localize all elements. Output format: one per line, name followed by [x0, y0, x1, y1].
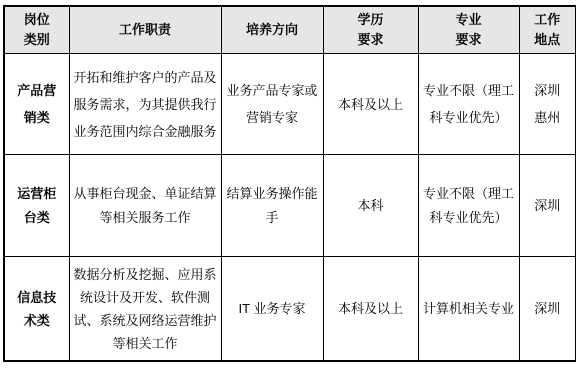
- location-cell: 深圳: [519, 155, 576, 257]
- header-cell-education: 学历 要求: [323, 6, 418, 54]
- direction-cell: IT 业务专家: [221, 257, 323, 362]
- education-cell: 本科及以上: [323, 54, 418, 155]
- direction-cell: 结算业务操作能手: [221, 155, 323, 257]
- major-cell: 专业不限（理工科专业优先）: [418, 54, 519, 155]
- education-cell: 本科: [323, 155, 418, 257]
- table-row-product-marketing: 产品营销类 开拓和维护客户的产品及服务需求，为其提供我行业务范围内综合金融服务 …: [4, 54, 576, 155]
- header-cell-duty: 工作职责: [69, 6, 221, 54]
- major-cell: 专业不限（理工科专业优先）: [418, 155, 519, 257]
- education-cell: 本科及以上: [323, 257, 418, 362]
- duty-cell: 数据分析及挖掘、应用系统设计及开发、软件测试、系统及网络运营维护等相关工作: [69, 257, 221, 362]
- category-cell: 信息技术类: [4, 257, 69, 362]
- header-cell-major: 专业 要求: [418, 6, 519, 54]
- duty-cell: 开拓和维护客户的产品及服务需求，为其提供我行业务范围内综合金融服务: [69, 54, 221, 155]
- header-cell-location: 工作 地点: [519, 6, 576, 54]
- direction-cell: 业务产品专家或营销专家: [221, 54, 323, 155]
- header-cell-direction: 培养方向: [221, 6, 323, 54]
- duty-cell: 从事柜台现金、单证结算等相关服务工作: [69, 155, 221, 257]
- major-cell: 计算机相关专业: [418, 257, 519, 362]
- location-cell: 深圳 惠州: [519, 54, 576, 155]
- table-row-operations-counter: 运营柜台类 从事柜台现金、单证结算等相关服务工作 结算业务操作能手 本科 专业不…: [4, 155, 576, 257]
- category-cell: 运营柜台类: [4, 155, 69, 257]
- page: 岗位 类别 工作职责 培养方向 学历 要求 专业 要求 工作 地点 产品营销类 …: [0, 0, 576, 368]
- category-cell: 产品营销类: [4, 54, 69, 155]
- location-cell: 深圳: [519, 257, 576, 362]
- header-row: 岗位 类别 工作职责 培养方向 学历 要求 专业 要求 工作 地点: [4, 6, 576, 54]
- header-cell-category: 岗位 类别: [4, 6, 69, 54]
- table-row-information-technology: 信息技术类 数据分析及挖掘、应用系统设计及开发、软件测试、系统及网络运营维护等相…: [4, 257, 576, 362]
- job-positions-table: 岗位 类别 工作职责 培养方向 学历 要求 专业 要求 工作 地点 产品营销类 …: [3, 5, 576, 362]
